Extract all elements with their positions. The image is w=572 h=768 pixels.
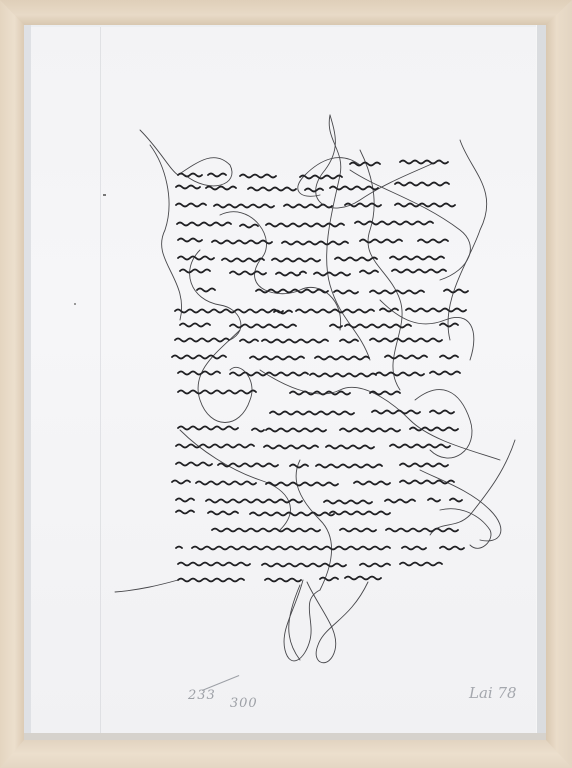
edition-number: 233300 [188, 690, 258, 705]
frame-top-rail [0, 0, 572, 25]
frame-right-rail [546, 0, 572, 768]
artist-signature: Lai 78 [469, 684, 517, 702]
artwork-frame: 233300 Lai 78 [0, 0, 572, 768]
frame-bottom-rail [0, 740, 572, 768]
frame-left-rail [0, 0, 24, 768]
stitched-writing [0, 0, 572, 768]
